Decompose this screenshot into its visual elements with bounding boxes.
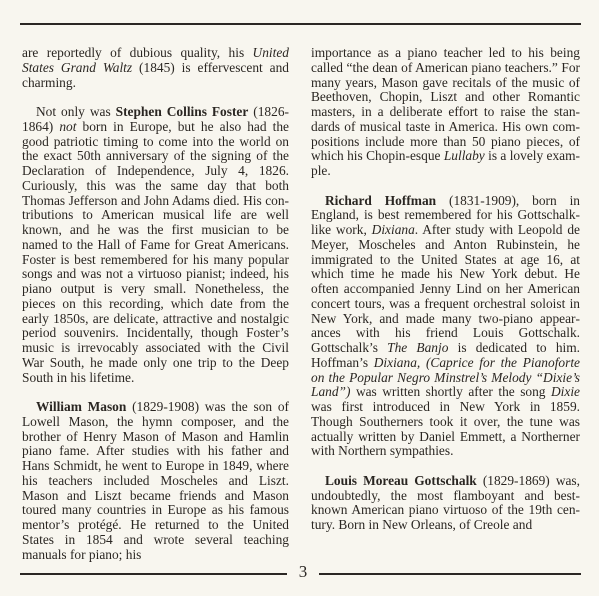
work-title: Dixiana	[372, 222, 415, 237]
text-run: born in Europe, but he also had the good…	[22, 119, 289, 385]
emphasis: not	[59, 119, 76, 134]
composer-name: Richard Hoffman	[325, 193, 436, 208]
work-title: The Banjo	[387, 340, 448, 355]
paragraph-mason-continued: importance as a piano teacher led to his…	[311, 46, 580, 179]
text-run: are reportedly of dubious quality, his	[22, 45, 253, 60]
composer-name: William Mason	[36, 399, 126, 414]
paragraph-mason: William Mason (1829-1908) was the son of…	[22, 400, 289, 562]
bottom-rule-right	[319, 573, 581, 575]
composer-name: Stephen Collins Foster	[116, 104, 249, 119]
text-run: (1829-1908) was the son of Lowell Mason,…	[22, 399, 289, 562]
top-rule	[20, 23, 581, 25]
paragraph-continued: are reportedly of dubious quality, his U…	[22, 46, 289, 90]
paragraph-foster: Not only was Stephen Collins Foster (182…	[22, 105, 289, 385]
left-column: are reportedly of dubious quality, his U…	[22, 46, 289, 577]
paragraph-gottschalk: Louis Moreau Gottschalk (1829-1869) was,…	[311, 474, 580, 533]
paragraph-hoffman: Richard Hoffman (1831-1909), born in Eng…	[311, 194, 580, 460]
page-footer: 3	[0, 560, 599, 586]
work-title: Dixie	[551, 384, 580, 399]
text-run: was written shortly after the song	[350, 384, 551, 399]
booklet-page: are reportedly of dubious quality, his U…	[0, 0, 599, 596]
page-number: 3	[296, 562, 310, 582]
work-title: Lullaby	[444, 148, 485, 163]
text-run: Not only was	[36, 104, 116, 119]
composer-name: Louis Moreau Gottschalk	[325, 473, 477, 488]
text-run: importance as a piano teacher led to his…	[311, 45, 580, 163]
text-run: . After study with Leopold de Meyer, Mos…	[311, 222, 580, 355]
right-column: importance as a piano teacher led to his…	[311, 46, 580, 548]
text-run: was first introduced in New York in 1859…	[311, 399, 580, 458]
bottom-rule-left	[20, 573, 287, 575]
